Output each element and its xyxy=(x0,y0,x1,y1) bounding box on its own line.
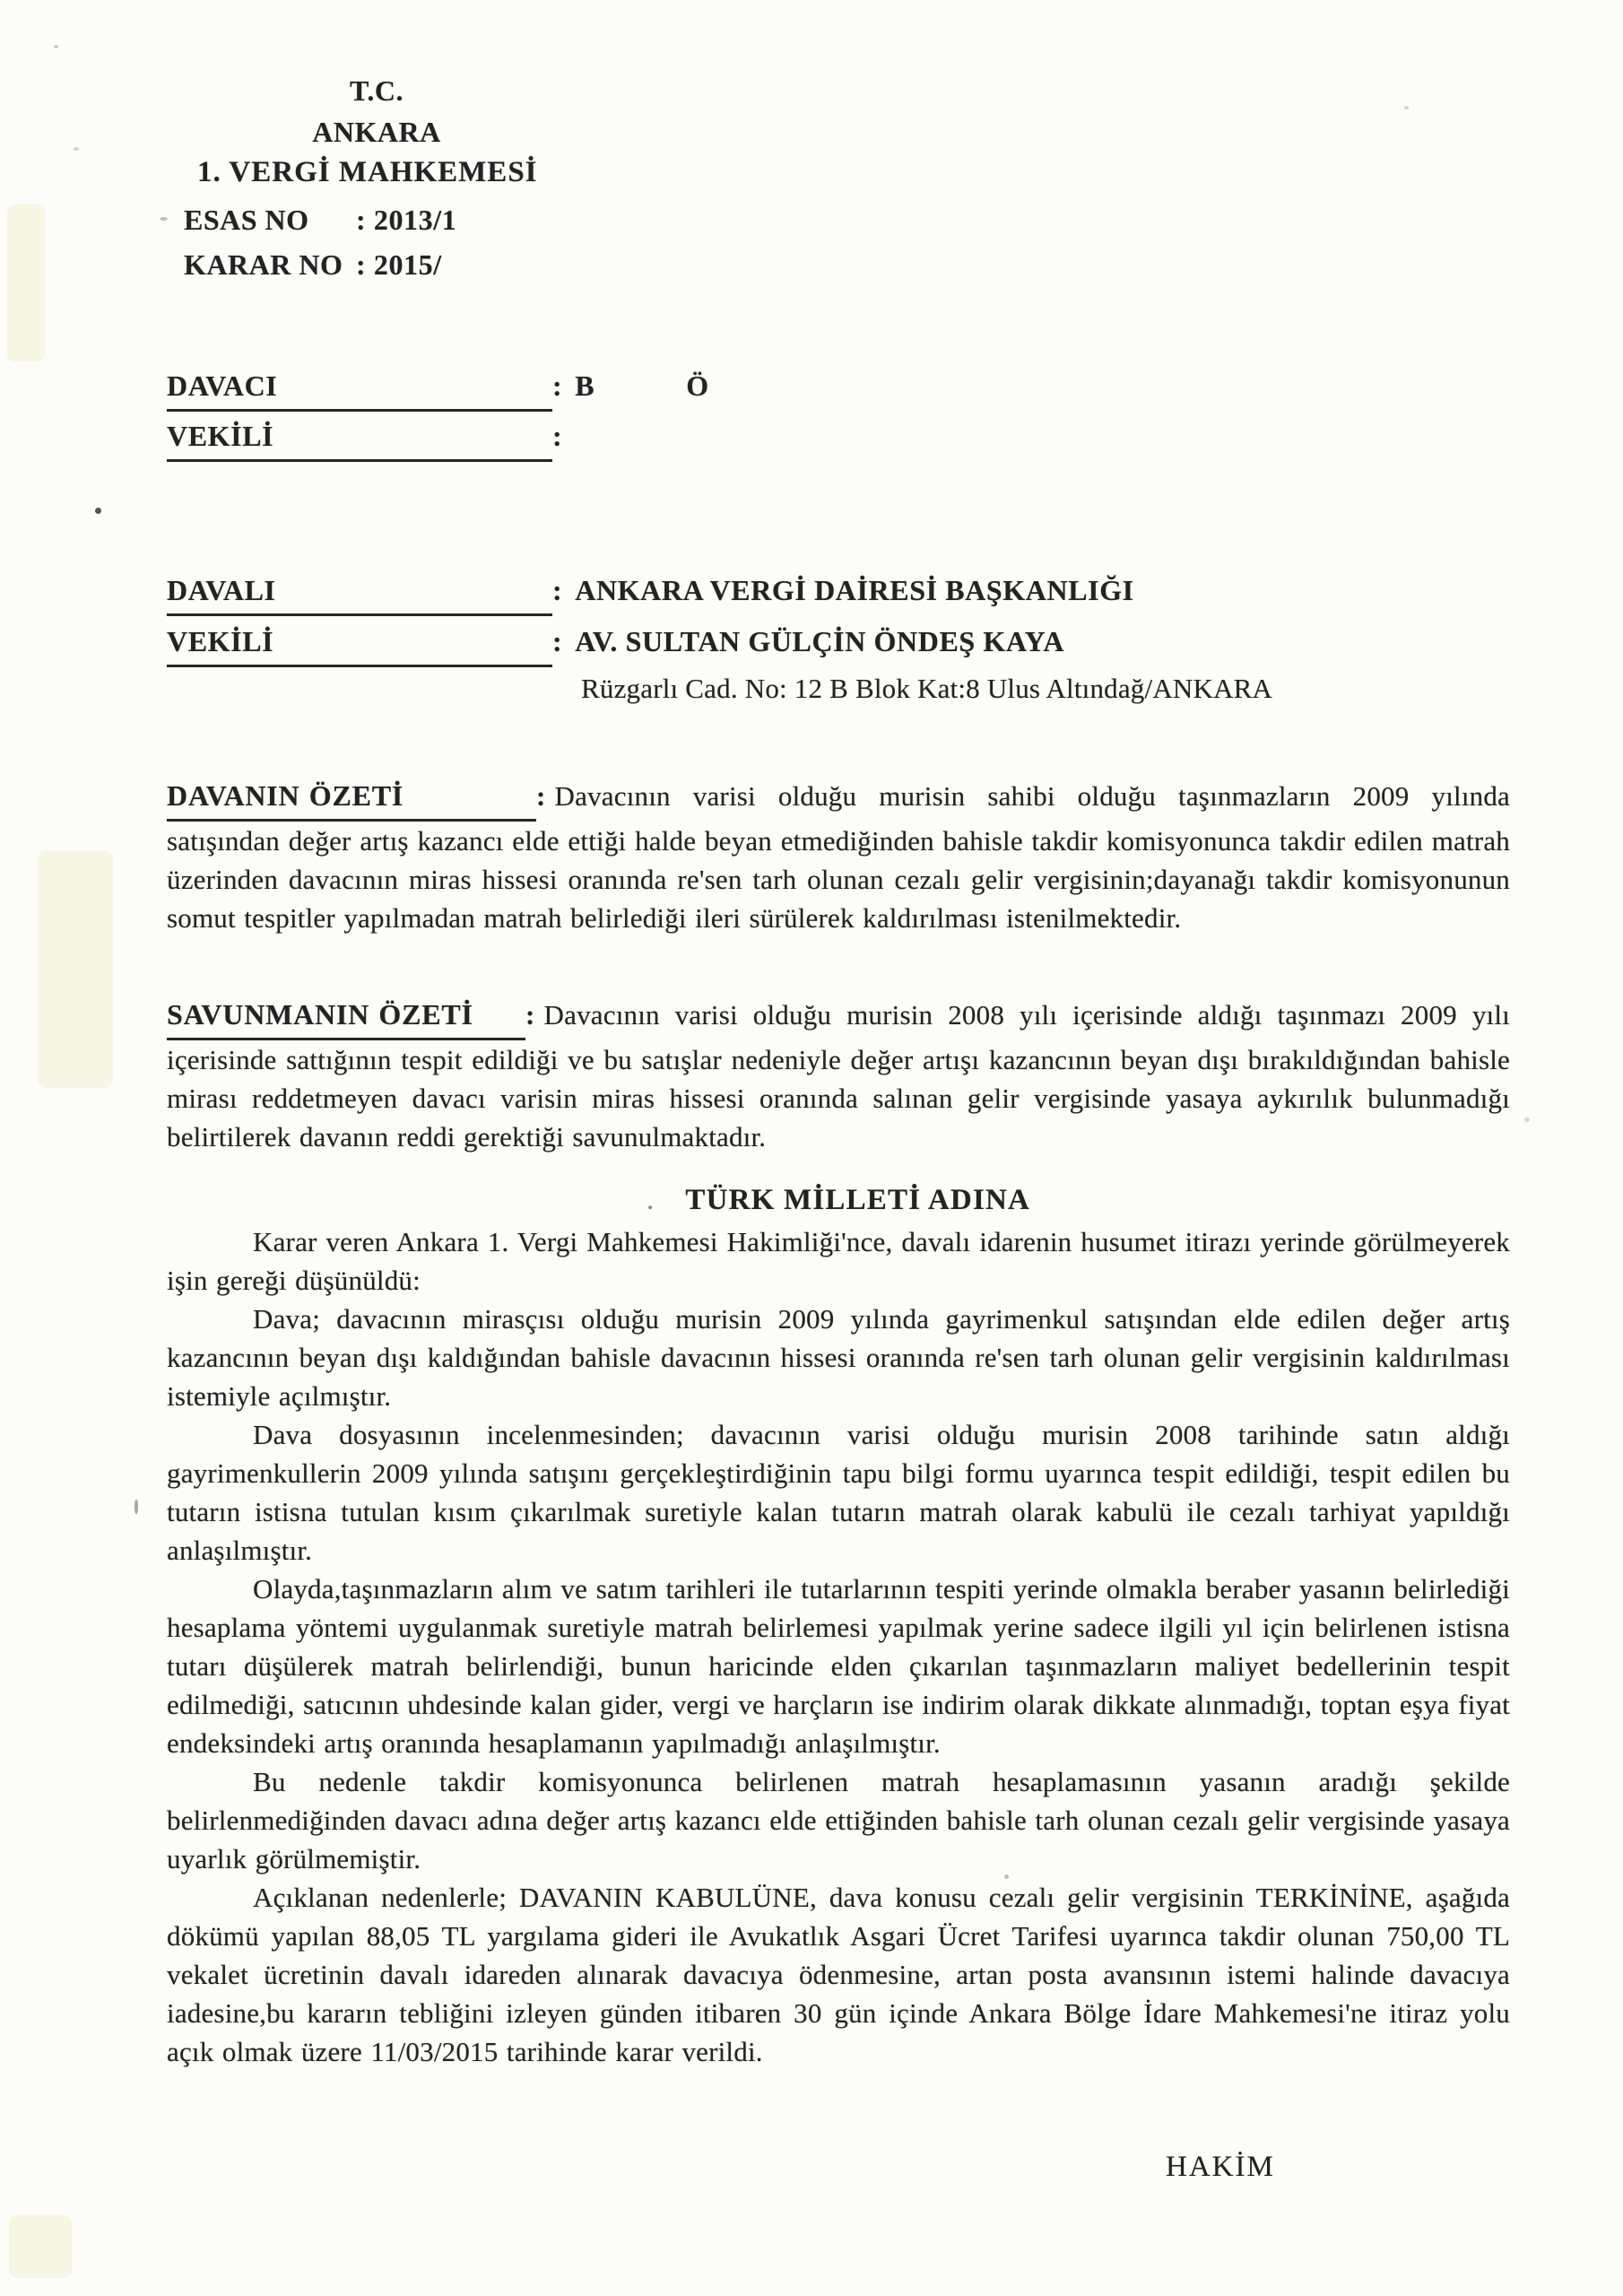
decision-paragraph-2: Dava; davacının mirasçısı olduğu murisin… xyxy=(167,1300,1510,1415)
colon: : xyxy=(552,370,562,403)
scan-artifact-band xyxy=(7,204,45,361)
case-summary-paragraph: DAVANIN ÖZETİ:Davacının varisi olduğu mu… xyxy=(167,777,1510,937)
defense-summary-paragraph: SAVUNMANIN ÖZETİ:Davacının varisi olduğu… xyxy=(167,996,1510,1156)
decision-paragraph-6: Açıklanan nedenlerle; DAVANIN KABULÜNE, … xyxy=(167,1878,1510,2071)
esas-no-label: ESAS NO xyxy=(184,204,356,237)
judge-signature-title: HAKİM xyxy=(1166,2151,1275,2184)
plaintiff-label: DAVACI xyxy=(167,370,552,412)
defendant-label: DAVALI xyxy=(167,574,552,616)
stray-dot: . xyxy=(647,1184,655,1216)
defendant-counsel-address: Rüzgarlı Cad. No: 12 B Blok Kat:8 Ulus A… xyxy=(581,673,1272,705)
defendant-name: ANKARA VERGİ DAİRESİ BAŞKANLIĞI xyxy=(575,574,1133,607)
in-the-name-of-turkish-nation-heading: .TÜRK MİLLETİ ADINA xyxy=(167,1184,1510,1217)
court-header: T.C. ANKARA 1. VERGİ MAHKEMESİ ESAS NO :… xyxy=(184,70,569,282)
decision-paragraph-4: Olayda,taşınmazların alım ve satım tarih… xyxy=(167,1570,1510,1762)
scanned-court-decision-page: T.C. ANKARA 1. VERGİ MAHKEMESİ ESAS NO :… xyxy=(0,0,1623,2296)
scan-speck xyxy=(135,1500,138,1514)
court-name: 1. VERGİ MAHKEMESİ xyxy=(184,152,569,192)
scan-speck xyxy=(160,217,168,221)
city-name: ANKARA xyxy=(184,111,569,152)
colon: : xyxy=(552,420,562,453)
karar-no-value: : 2015/ xyxy=(356,248,442,282)
defense-summary-label: SAVUNMANIN ÖZETİ xyxy=(167,996,525,1040)
republic-abbrev: T.C. xyxy=(184,70,569,111)
defendant-counsel-label: VEKİLİ xyxy=(167,625,552,667)
scan-artifact-band xyxy=(38,850,113,1088)
colon: : xyxy=(552,574,562,607)
esas-no-row: ESAS NO : 2013/1 xyxy=(184,204,569,237)
plaintiff-row: DAVACI : B Ö xyxy=(167,370,709,412)
colon: : xyxy=(536,780,546,812)
scan-speck xyxy=(1524,1118,1530,1122)
colon: : xyxy=(525,999,535,1031)
scan-speck xyxy=(74,147,79,151)
plaintiff-counsel-row: VEKİLİ : xyxy=(167,420,575,462)
decision-paragraph-3: Dava dosyasının incelenmesinden; davacın… xyxy=(167,1415,1510,1570)
decision-body: Karar veren Ankara 1. Vergi Mahkemesi Ha… xyxy=(167,1222,1510,2071)
scan-speck xyxy=(95,508,101,514)
decision-paragraph-1: Karar veren Ankara 1. Vergi Mahkemesi Ha… xyxy=(167,1222,1510,1300)
colon: : xyxy=(552,625,562,658)
scan-speck xyxy=(54,45,58,48)
decision-paragraph-5: Bu nedenle takdir komisyonunca belirlene… xyxy=(167,1762,1510,1878)
defendant-counsel-row: VEKİLİ : AV. SULTAN GÜLÇİN ÖNDEŞ KAYA xyxy=(167,625,1064,667)
defendant-counsel-name: AV. SULTAN GÜLÇİN ÖNDEŞ KAYA xyxy=(575,625,1064,658)
case-summary-label: DAVANIN ÖZETİ xyxy=(167,777,536,822)
scan-speck xyxy=(1404,106,1409,109)
plaintiff-counsel-label: VEKİLİ xyxy=(167,420,552,462)
defendant-row: DAVALI : ANKARA VERGİ DAİRESİ BAŞKANLIĞI xyxy=(167,574,1134,616)
scan-artifact-band xyxy=(9,2215,72,2278)
karar-no-row: KARAR NO : 2015/ xyxy=(184,248,569,282)
karar-no-label: KARAR NO xyxy=(184,248,356,282)
plaintiff-surname-initial: Ö xyxy=(686,370,709,403)
plaintiff-name-initial: B xyxy=(575,370,595,403)
heading-text: TÜRK MİLLETİ ADINA xyxy=(685,1184,1030,1216)
esas-no-value: : 2013/1 xyxy=(356,204,456,237)
